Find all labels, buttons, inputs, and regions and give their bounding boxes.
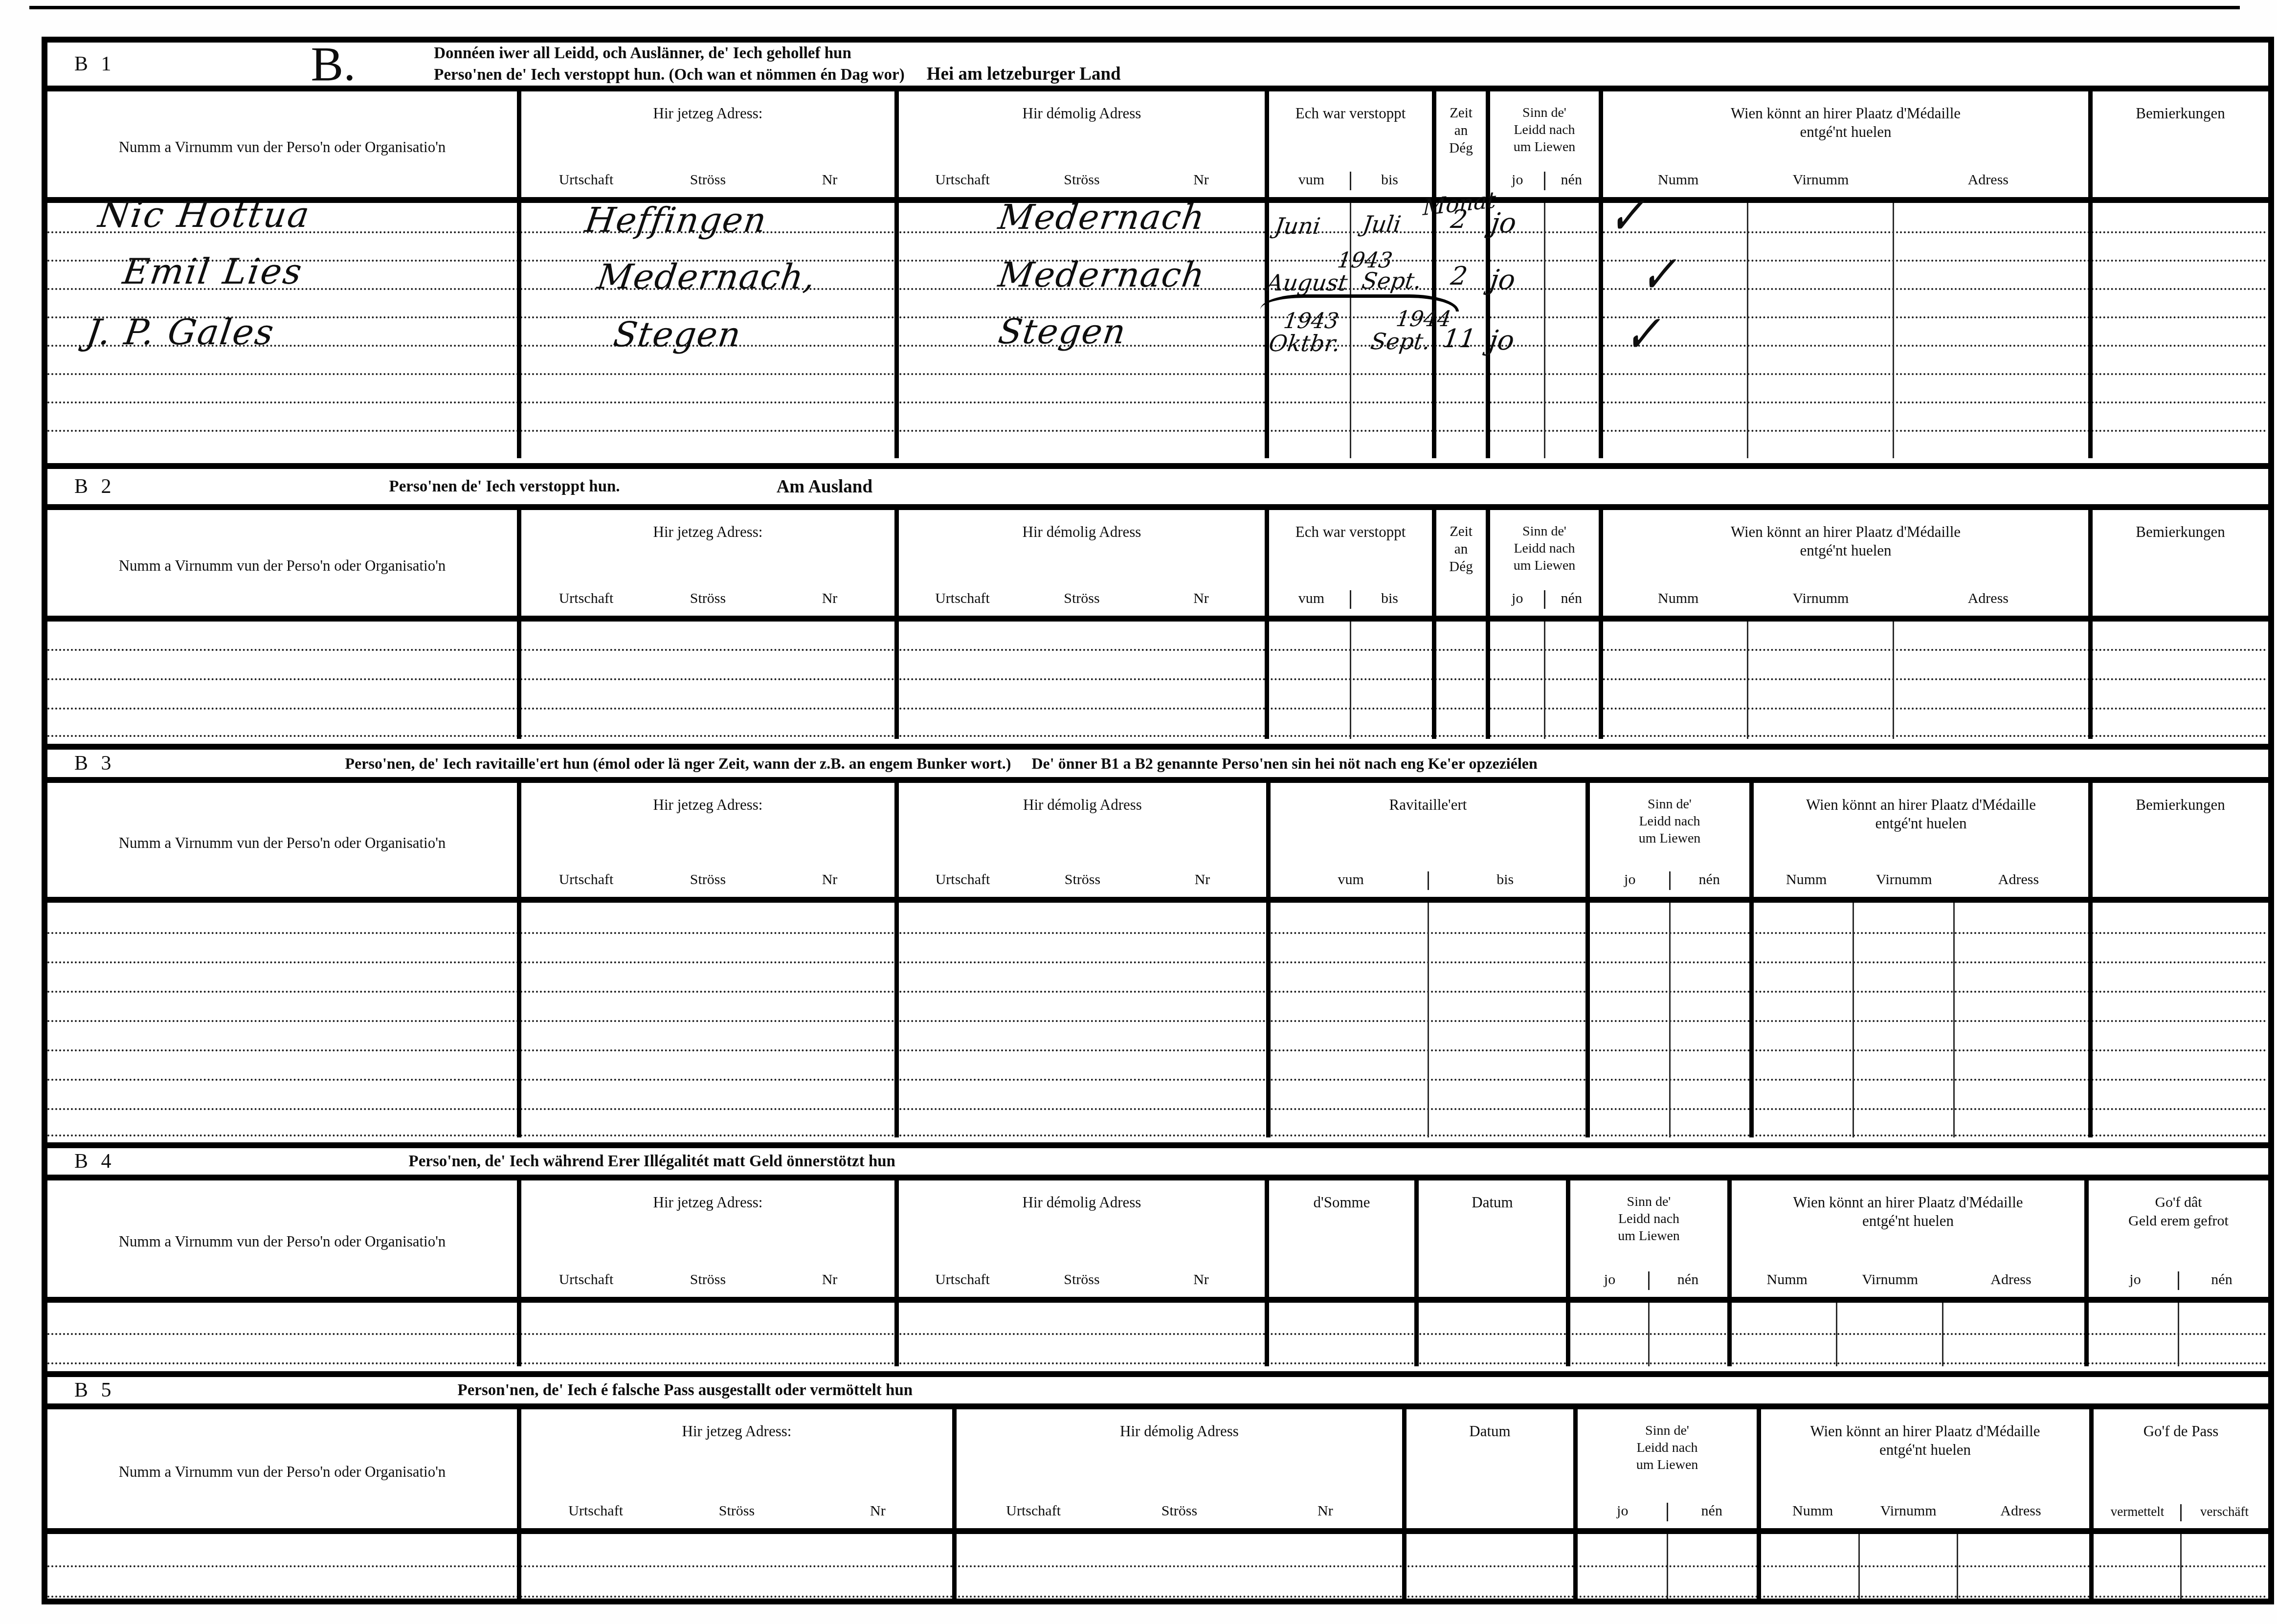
b5-jetzeg-stross: Ströss: [666, 1503, 807, 1521]
b1-col-verstoppt: Ech war verstoppt vum bis: [1265, 91, 1432, 197]
b5-body-grid: [47, 1534, 2268, 1599]
b4-medaille-adress: Adress: [1942, 1271, 2080, 1290]
b3-body-grid: [47, 903, 2268, 1137]
section-gap: [47, 1137, 2268, 1142]
b2-demolig-stross: Ströss: [1022, 590, 1141, 609]
b1-title-band: B 1 B. Donnéen iwer all Leidd, och Auslä…: [47, 43, 2268, 91]
b4-title: Perso'nen, de' Iech während Erer Illégal…: [409, 1151, 895, 1172]
b5-datum-header: Datum: [1410, 1422, 1569, 1441]
b4-geld-line2: Geld erem gefrot: [2093, 1212, 2264, 1230]
b1-col-name: Numm a Virnumm vun der Perso'n oder Orga…: [47, 91, 517, 197]
handwritten-name: Emil Lies: [121, 254, 305, 289]
handwritten-bis: Juli: [1362, 213, 1403, 235]
b2-col-sinn: Sinn de' Leidd nach um Liewen jo nén: [1486, 510, 1599, 616]
b4-col-datum: Datum: [1414, 1180, 1566, 1297]
b3-medaille-numm: Numm: [1758, 871, 1855, 890]
b4-sinn-jo: jo: [1571, 1271, 1648, 1290]
b4-somme-header: d'Somme: [1273, 1193, 1410, 1212]
b2-medaille-virnumm: Virnumm: [1749, 590, 1892, 609]
b3-title-note: De' önner B1 a B2 genannte Perso'nen sin…: [1031, 753, 1537, 774]
b3-demolig-nr: Nr: [1142, 871, 1262, 890]
b1-medaille-line2: entgé'nt huelen: [1607, 123, 2084, 141]
b3-jetzeg-urtschaft: Urtschaft: [525, 871, 647, 890]
b2-zeit-line3: Dég: [1437, 558, 1485, 576]
b4-label: B 4: [74, 1150, 115, 1173]
handwritten-bis-year: 1944: [1395, 309, 1452, 330]
b1-verstoppt-header: Ech war verstoppt: [1273, 104, 1428, 123]
handwritten-jetzeg-address: Stegen: [611, 317, 744, 352]
b1-jetzeg-stross: Ströss: [647, 172, 769, 190]
section-b5: B 5 Person'nen, de' Iech é falsche Pass …: [47, 1371, 2268, 1599]
b1-medaille-line1: Wien könnt an hirer Plaatz d'Médaille: [1607, 104, 2084, 123]
b5-sinn-line3: um Liewen: [1579, 1456, 1756, 1473]
b1-col-bemierkungen: Bemierkungen: [2088, 91, 2268, 197]
b5-title: Person'nen, de' Iech é falsche Pass ausg…: [458, 1380, 913, 1401]
b3-medaille-line2: entgé'nt huelen: [1758, 814, 2084, 833]
b5-label: B 5: [74, 1379, 115, 1402]
b1-sinn-jo: jo: [1491, 172, 1544, 190]
section-b2: B 2 Perso'nen de' Iech verstoppt hun. Am…: [47, 463, 2268, 739]
handwritten-vum: Juni: [1273, 215, 1322, 237]
b2-zeit-line2: an: [1437, 540, 1485, 558]
b4-demolig-stross: Ströss: [1022, 1271, 1141, 1290]
b4-jetzeg-header: Hir jetzeg Adress:: [525, 1193, 891, 1212]
b1-name-header: Numm a Virnumm vun der Perso'n oder Orga…: [119, 138, 446, 156]
b2-col-zeit: Zeit an Dég: [1432, 510, 1486, 616]
b3-body: [47, 903, 2268, 1137]
b4-col-medaille: Wien könnt an hirer Plaatz d'Médaille en…: [1727, 1180, 2084, 1297]
b4-datum-header: Datum: [1423, 1193, 1562, 1212]
b3-col-bemierkungen: Bemierkungen: [2088, 783, 2268, 897]
b3-sinn-nen: nén: [1669, 871, 1749, 890]
b4-body-grid: [47, 1303, 2268, 1366]
b3-sinn-line1: Sinn de': [1591, 796, 1748, 813]
b4-title-band: B 4 Perso'nen, de' Iech während Erer Ill…: [47, 1148, 2268, 1180]
b2-bis: bis: [1350, 590, 1428, 609]
b5-col-datum: Datum: [1402, 1409, 1573, 1528]
handwritten-zeit: 11: [1441, 326, 1477, 352]
b4-medaille-virnumm: Virnumm: [1838, 1271, 1941, 1290]
b4-sinn-nen: nén: [1648, 1271, 1726, 1290]
section-gap: [47, 739, 2268, 744]
b2-jetzeg-urtschaft: Urtschaft: [525, 590, 647, 609]
section-b4: B 4 Perso'nen, de' Iech während Erer Ill…: [47, 1142, 2268, 1366]
scanned-form-page: B 1 B. Donnéen iwer all Leidd, och Auslä…: [0, 0, 2277, 1624]
b2-medaille-numm: Numm: [1607, 590, 1749, 609]
handwritten-name: Nic Hottua: [96, 197, 313, 232]
b3-demolig-urtschaft: Urtschaft: [903, 871, 1023, 890]
b4-geld-nen: nén: [2178, 1271, 2264, 1290]
b1-zeit-line1: Zeit: [1437, 104, 1485, 122]
b3-col-ravitailleert: Ravitaille'ert vum bis: [1266, 783, 1585, 897]
b2-col-medaille: Wien könnt an hirer Plaatz d'Médaille en…: [1599, 510, 2088, 616]
b5-sinn-nen: nén: [1667, 1503, 1756, 1521]
b4-col-jetzeg: Hir jetzeg Adress: Urtschaft Ströss Nr: [517, 1180, 894, 1297]
b4-demolig-header: Hir démolig Adress: [903, 1193, 1261, 1212]
b1-jetzeg-urtschaft: Urtschaft: [525, 172, 647, 190]
handwritten-vum: August: [1266, 271, 1349, 294]
b5-sinn-line2: Leidd nach: [1579, 1439, 1756, 1456]
handwritten-jo: jo: [1488, 267, 1517, 294]
b1-bis: bis: [1350, 172, 1428, 190]
form-table: B 1 B. Donnéen iwer all Leidd, och Auslä…: [42, 37, 2274, 1604]
b5-col-pass: Go'f de Pass vermettelt verschäft: [2089, 1409, 2268, 1528]
b3-jetzeg-header: Hir jetzeg Adress:: [525, 796, 891, 814]
b2-col-name: Numm a Virnumm vun der Perso'n oder Orga…: [47, 510, 517, 616]
b2-col-demolig: Hir démolig Adress Urtschaft Ströss Nr: [894, 510, 1265, 616]
b3-col-medaille: Wien könnt an hirer Plaatz d'Médaille en…: [1749, 783, 2088, 897]
b5-col-name: Numm a Virnumm vun der Perso'n oder Orga…: [47, 1409, 517, 1528]
b1-col-sinn: Sinn de' Leidd nach um Liewen jo nén: [1486, 91, 1599, 197]
b5-demolig-stross: Ströss: [1106, 1503, 1252, 1521]
b2-medaille-line1: Wien könnt an hirer Plaatz d'Médaille: [1607, 523, 2084, 541]
handwritten-demolig-address: Medernach: [996, 200, 1207, 234]
b4-demolig-nr: Nr: [1141, 1271, 1261, 1290]
b4-medaille-line1: Wien könnt an hirer Plaatz d'Médaille: [1736, 1193, 2080, 1212]
b1-title-line2: Perso'nen de' Iech verstoppt hun. (Och w…: [434, 65, 904, 85]
b1-col-jetzeg: Hir jetzeg Adress: Urtschaft Ströss Nr: [517, 91, 894, 197]
b3-vum: vum: [1274, 871, 1428, 890]
handwritten-jetzeg-address: Heffingen: [583, 203, 769, 237]
b3-header-row: Numm a Virnumm vun der Perso'n oder Orga…: [47, 783, 2268, 903]
b1-body-grid: [47, 203, 2268, 458]
b1-medaille-virnumm: Virnumm: [1749, 172, 1892, 190]
b1-sinn-line2: Leidd nach: [1491, 121, 1598, 138]
b2-sinn-line2: Leidd nach: [1491, 540, 1598, 557]
b4-col-geld: Go'f dât Geld erem gefrot jo nén: [2084, 1180, 2268, 1297]
b5-header-row: Numm a Virnumm vun der Perso'n oder Orga…: [47, 1409, 2268, 1534]
b3-sinn-line2: Leidd nach: [1591, 813, 1748, 830]
b1-demolig-urtschaft: Urtschaft: [903, 172, 1022, 190]
section-gap: [47, 458, 2268, 463]
b2-sinn-line3: um Liewen: [1491, 557, 1598, 574]
b2-demolig-urtschaft: Urtschaft: [903, 590, 1022, 609]
handwritten-jo: jo: [1489, 210, 1518, 237]
b5-demolig-header: Hir démolig Adress: [960, 1422, 1398, 1441]
handwritten-jetzeg-address: Medernach,: [595, 260, 818, 294]
b5-sinn-line1: Sinn de': [1579, 1422, 1756, 1439]
handwritten-bis: Sept.: [1369, 330, 1432, 353]
b2-vum: vum: [1273, 590, 1350, 609]
b4-header-row: Numm a Virnumm vun der Perso'n oder Orga…: [47, 1180, 2268, 1303]
b4-geld-jo: jo: [2093, 1271, 2178, 1290]
b3-col-jetzeg: Hir jetzeg Adress: Urtschaft Ströss Nr: [517, 783, 894, 897]
b5-col-demolig: Hir démolig Adress Urtschaft Ströss Nr: [952, 1409, 1402, 1528]
b1-col-zeit: Zeit an Dég Monat: [1432, 91, 1486, 197]
b1-header-row: Numm a Virnumm vun der Perso'n oder Orga…: [47, 91, 2268, 203]
b3-name-header: Numm a Virnumm vun der Perso'n oder Orga…: [119, 834, 446, 852]
handwritten-vum: Oktbr.: [1268, 332, 1342, 355]
b1-title: Donnéen iwer all Leidd, och Auslänner, d…: [434, 43, 1120, 85]
b5-pass-header: Go'f de Pass: [2095, 1422, 2267, 1441]
b2-header-row: Numm a Virnumm vun der Perso'n oder Orga…: [47, 510, 2268, 622]
b1-label: B 1: [74, 52, 115, 76]
b4-jetzeg-stross: Ströss: [647, 1271, 769, 1290]
b3-col-name: Numm a Virnumm vun der Perso'n oder Orga…: [47, 783, 517, 897]
b2-sinn-jo: jo: [1491, 590, 1544, 609]
b1-big-letter: B.: [311, 40, 356, 89]
b2-jetzeg-stross: Ströss: [647, 590, 769, 609]
handwritten-jo: jo: [1487, 327, 1516, 355]
b4-geld-line1: Go'f dât: [2093, 1193, 2264, 1212]
section-gap: [47, 1366, 2268, 1371]
b2-col-verstoppt: Ech war verstoppt vum bis: [1265, 510, 1432, 616]
b2-title: Perso'nen de' Iech verstoppt hun.: [389, 476, 620, 497]
b2-label: B 2: [74, 475, 115, 498]
b1-bemierkungen-header: Bemierkungen: [2097, 104, 2264, 123]
b4-sinn-line2: Leidd nach: [1571, 1210, 1726, 1227]
b2-jetzeg-nr: Nr: [769, 590, 891, 609]
b5-sinn-jo: jo: [1579, 1503, 1667, 1521]
b1-sinn-line1: Sinn de': [1491, 104, 1598, 121]
b1-medaille-adress: Adress: [1892, 172, 2084, 190]
b2-title-location: Am Ausland: [777, 476, 872, 497]
b3-medaille-line1: Wien könnt an hirer Plaatz d'Médaille: [1758, 796, 2084, 814]
b5-pass-verschaft: verschäft: [2180, 1504, 2267, 1521]
b1-demolig-stross: Ströss: [1022, 172, 1141, 190]
handwritten-name: J. P. Gales: [84, 314, 277, 350]
b1-col-demolig: Hir démolig Adress Urtschaft Ströss Nr: [894, 91, 1265, 197]
handwritten-demolig-address: Stegen: [996, 314, 1129, 349]
b1-col-medaille: Wien könnt an hirer Plaatz d'Médaille en…: [1599, 91, 2088, 197]
b1-jetzeg-nr: Nr: [769, 172, 891, 190]
b2-body: [47, 622, 2268, 739]
b5-body: [47, 1534, 2268, 1599]
b5-name-header: Numm a Virnumm vun der Perso'n oder Orga…: [119, 1463, 446, 1481]
b4-medaille-numm: Numm: [1736, 1271, 1838, 1290]
b4-col-sinn: Sinn de' Leidd nach um Liewen jo nén: [1566, 1180, 1727, 1297]
b3-demolig-header: Hir démolig Adress: [903, 796, 1262, 814]
b2-demolig-nr: Nr: [1141, 590, 1261, 609]
b3-col-demolig: Hir démolig Adress Urtschaft Ströss Nr: [894, 783, 1266, 897]
b2-jetzeg-header: Hir jetzeg Adress:: [525, 523, 891, 541]
b4-jetzeg-urtschaft: Urtschaft: [525, 1271, 647, 1290]
b4-sinn-line1: Sinn de': [1571, 1193, 1726, 1210]
b2-zeit-line1: Zeit: [1437, 523, 1485, 540]
b1-title-location: Hei am letzeburger Land: [927, 64, 1121, 85]
b2-medaille-line2: entgé'nt huelen: [1607, 541, 2084, 560]
section-b3: B 3 Perso'nen, de' Iech ravitaille'ert h…: [47, 744, 2268, 1137]
b4-demolig-urtschaft: Urtschaft: [903, 1271, 1022, 1290]
b5-col-sinn: Sinn de' Leidd nach um Liewen jo nén: [1573, 1409, 1757, 1528]
handwritten-vum-year: 1943: [1282, 311, 1340, 332]
b1-sinn-line3: um Liewen: [1491, 138, 1598, 156]
b5-medaille-numm: Numm: [1765, 1503, 1861, 1521]
b2-col-bemierkungen: Bemierkungen: [2088, 510, 2268, 616]
b3-jetzeg-nr: Nr: [769, 871, 891, 890]
b4-jetzeg-nr: Nr: [769, 1271, 891, 1290]
b5-demolig-urtschaft: Urtschaft: [960, 1503, 1106, 1521]
b4-body: [47, 1303, 2268, 1366]
b2-bemierkungen-header: Bemierkungen: [2097, 523, 2264, 541]
b1-jetzeg-header: Hir jetzeg Adress:: [525, 104, 891, 123]
b4-col-somme: d'Somme: [1265, 1180, 1414, 1297]
b3-jetzeg-stross: Ströss: [647, 871, 769, 890]
page-top-rule: [29, 6, 2240, 9]
b5-jetzeg-header: Hir jetzeg Adress:: [525, 1422, 948, 1441]
b3-bemierkungen-header: Bemierkungen: [2097, 796, 2264, 814]
b5-col-jetzeg: Hir jetzeg Adress: Urtschaft Ströss Nr: [517, 1409, 952, 1528]
b1-demolig-nr: Nr: [1141, 172, 1261, 190]
b3-medaille-adress: Adress: [1953, 871, 2084, 890]
b1-sinn-nen: nén: [1544, 172, 1598, 190]
b1-demolig-header: Hir démolig Adress: [903, 104, 1261, 123]
b2-verstoppt-header: Ech war verstoppt: [1273, 523, 1428, 541]
handwritten-demolig-address: Medernach: [996, 258, 1207, 292]
b2-medaille-adress: Adress: [1892, 590, 2084, 609]
b5-medaille-adress: Adress: [1956, 1503, 2085, 1521]
b5-pass-vermettelt: vermettelt: [2095, 1504, 2180, 1521]
b1-zeit-line3: Dég: [1437, 139, 1485, 157]
b3-label: B 3: [74, 752, 115, 775]
section-b1: B 1 B. Donnéen iwer all Leidd, och Auslä…: [47, 43, 2268, 458]
b5-col-medaille: Wien könnt an hirer Plaatz d'Médaille en…: [1757, 1409, 2089, 1528]
b2-demolig-header: Hir démolig Adress: [903, 523, 1261, 541]
b2-title-band: B 2 Perso'nen de' Iech verstoppt hun. Am…: [47, 469, 2268, 510]
b3-sinn-jo: jo: [1591, 871, 1669, 890]
b2-body-grid: [47, 622, 2268, 739]
b3-bis: bis: [1428, 871, 1582, 890]
b4-sinn-line3: um Liewen: [1571, 1227, 1726, 1245]
b3-title: Perso'nen, de' Iech ravitaille'ert hun (…: [345, 753, 1011, 774]
b3-ravitailleert-header: Ravitaille'ert: [1274, 796, 1582, 814]
b5-medaille-line2: entgé'nt huelen: [1765, 1441, 2085, 1459]
b4-col-name: Numm a Virnumm vun der Perso'n oder Orga…: [47, 1180, 517, 1297]
b5-medaille-line1: Wien könnt an hirer Plaatz d'Médaille: [1765, 1422, 2085, 1441]
b2-sinn-line1: Sinn de': [1491, 523, 1598, 540]
b2-sinn-nen: nén: [1544, 590, 1598, 609]
b2-name-header: Numm a Virnumm vun der Perso'n oder Orga…: [119, 556, 446, 575]
handwritten-bis: Sept.: [1361, 269, 1423, 292]
b3-sinn-line3: um Liewen: [1591, 830, 1748, 847]
b1-vum: vum: [1273, 172, 1350, 190]
b3-demolig-stross: Ströss: [1023, 871, 1142, 890]
b1-body: Nic Hottua Heffingen Medernach Juni Juli…: [47, 203, 2268, 458]
b3-medaille-virnumm: Virnumm: [1855, 871, 1952, 890]
b5-jetzeg-nr: Nr: [807, 1503, 948, 1521]
b4-name-header: Numm a Virnumm vun der Perso'n oder Orga…: [119, 1232, 446, 1251]
b3-col-sinn: Sinn de' Leidd nach um Liewen jo nén: [1585, 783, 1749, 897]
b5-title-band: B 5 Person'nen, de' Iech é falsche Pass …: [47, 1377, 2268, 1409]
b5-jetzeg-urtschaft: Urtschaft: [525, 1503, 666, 1521]
b4-col-demolig: Hir démolig Adress Urtschaft Ströss Nr: [894, 1180, 1265, 1297]
b3-title-band: B 3 Perso'nen, de' Iech ravitaille'ert h…: [47, 750, 2268, 783]
b1-zeit-line2: an: [1437, 122, 1485, 139]
b5-demolig-nr: Nr: [1252, 1503, 1398, 1521]
b5-medaille-virnumm: Virnumm: [1861, 1503, 1957, 1521]
b1-title-line1: Donnéen iwer all Leidd, och Auslänner, d…: [434, 43, 1120, 64]
b2-col-jetzeg: Hir jetzeg Adress: Urtschaft Ströss Nr: [517, 510, 894, 616]
b4-medaille-line2: entgé'nt huelen: [1736, 1212, 2080, 1230]
